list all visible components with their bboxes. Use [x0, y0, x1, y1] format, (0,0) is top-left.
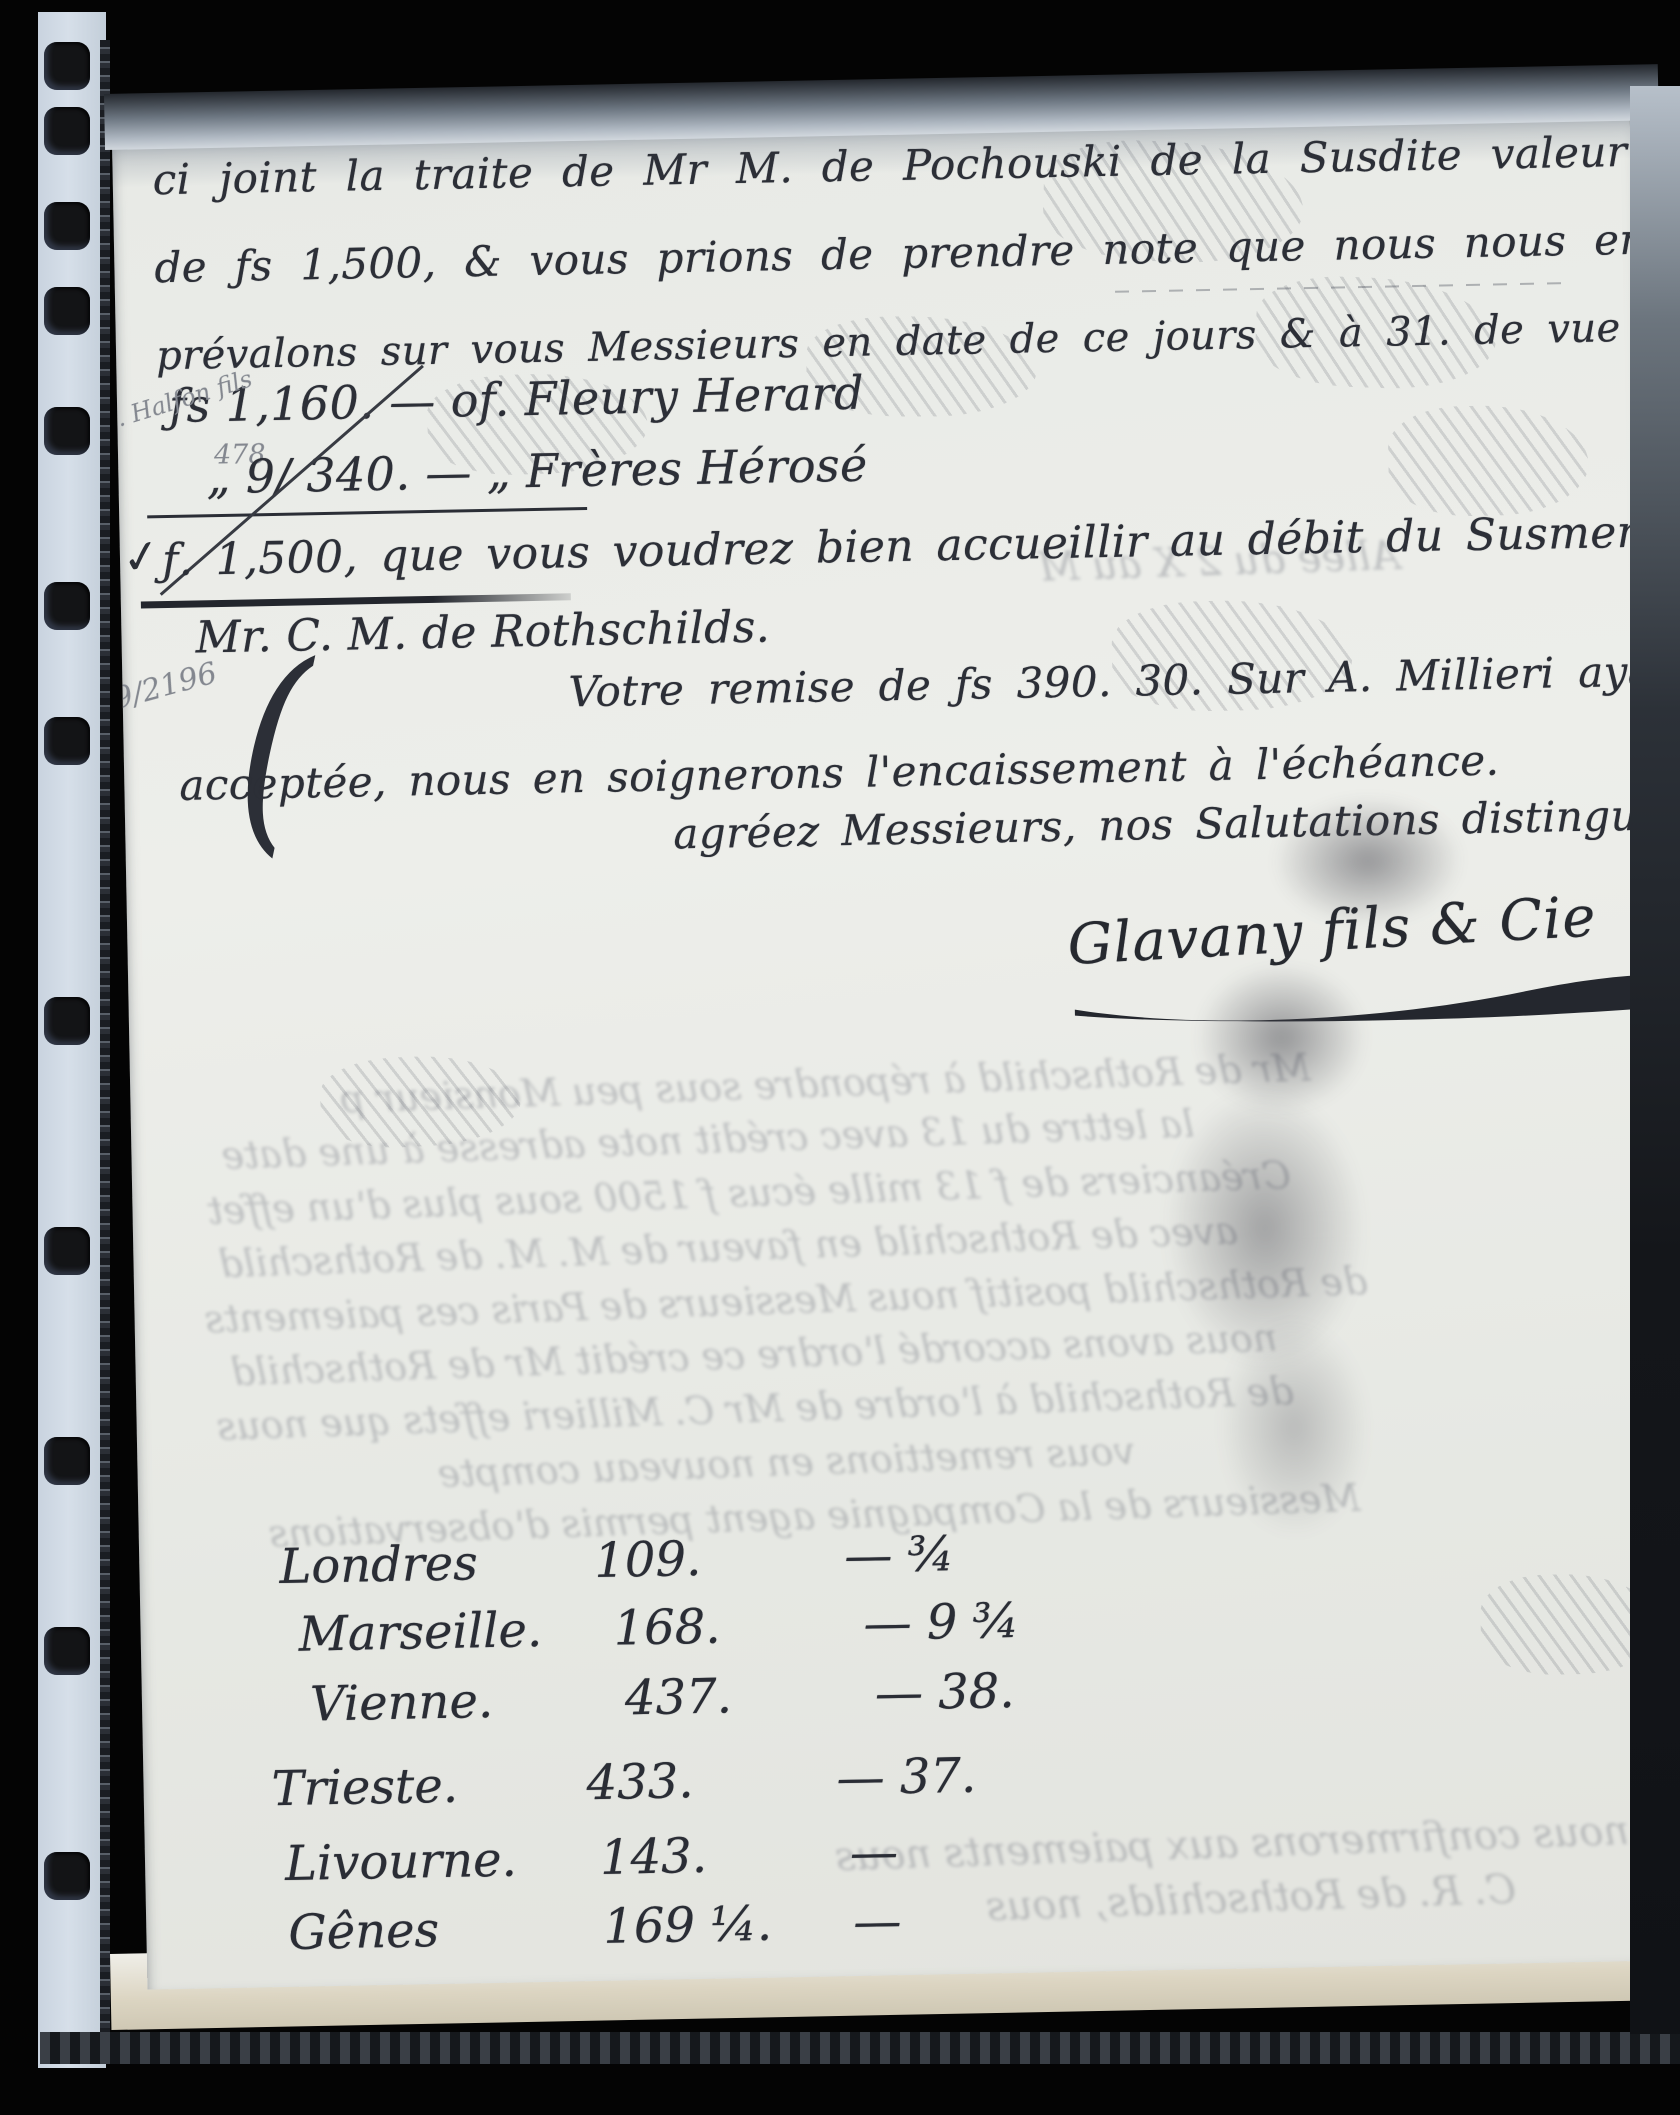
binder-hole [44, 717, 90, 765]
rate-row-vienne: Vienne.437.— 38. [309, 1663, 1015, 1733]
binder-hole [44, 287, 90, 335]
binder-hole [44, 1437, 90, 1485]
rate-value: 168. [613, 1596, 864, 1657]
sleeve-right-edge [1630, 86, 1680, 2034]
rate-place: Vienne. [309, 1670, 625, 1732]
rate-row-marseille: Marseille.168.— 9 ¾ [298, 1593, 1020, 1663]
rate-value: 143. [599, 1825, 850, 1886]
rate-place: Marseille. [298, 1601, 614, 1663]
checkmark: ✓ [118, 527, 165, 586]
rate-place: Livourne. [285, 1830, 601, 1892]
binder-hole [44, 407, 90, 455]
sleeve-punched-margin [38, 12, 106, 2068]
binder-hole [44, 582, 90, 630]
letter-line-8: agréez Messieurs, nos Salutations distin… [673, 789, 1665, 858]
rate-place: Gênes [288, 1899, 604, 1961]
sleeve-seam-vertical [100, 40, 110, 2050]
binder-hole [44, 107, 90, 155]
binder-hole [44, 1227, 90, 1275]
sleeve-seam-bottom [40, 2032, 1680, 2064]
bleedthrough-fragment: C. R. de Rothschilds, nous [985, 1867, 1516, 1931]
letter-line-2: de ƒs 1,500, & vous prions de prendre no… [154, 215, 1647, 293]
bleed-hatch-marks [1254, 274, 1498, 392]
rate-row-trieste: Trieste.433.— 37. [271, 1748, 977, 1818]
rate-row-genes: Gênes169 ¼.— [288, 1893, 902, 1961]
bleedthrough-fragment: ci nous confirmerons aux paiements nous [834, 1806, 1665, 1880]
binder-hole [44, 997, 90, 1045]
rate-value: 437. [624, 1666, 875, 1727]
ink-flourish-paren: ( [233, 628, 314, 862]
rate-place: Trieste. [271, 1755, 587, 1817]
bleed-hatch-marks [1111, 598, 1353, 713]
underline-amount-2 [147, 507, 587, 518]
rate-row-livourne: Livourne.143.— [285, 1824, 899, 1892]
rate-value: 169 ¼. [603, 1894, 854, 1955]
binder-hole [44, 1852, 90, 1900]
rate-change: — 38. [874, 1663, 1015, 1722]
bleed-hatch-marks [1387, 404, 1589, 518]
rate-change: — [853, 1893, 902, 1950]
pencil-ref-number: 9/2196 [112, 656, 221, 717]
letter-page: ci joint la traite de Mr M. de Pochouski… [112, 113, 1665, 1990]
rate-change: — 9 ¾ [863, 1593, 1020, 1652]
binder-hole [44, 42, 90, 90]
rate-value: 433. [586, 1750, 837, 1811]
scanned-letter-photo: ci joint la traite de Mr M. de Pochouski… [0, 0, 1680, 2115]
binder-hole [44, 1627, 90, 1675]
letter-line-4: ƒ. 1,500, que vous voudrez bien accueill… [162, 504, 1666, 586]
binder-hole [44, 202, 90, 250]
rate-change: — 37. [836, 1748, 977, 1807]
